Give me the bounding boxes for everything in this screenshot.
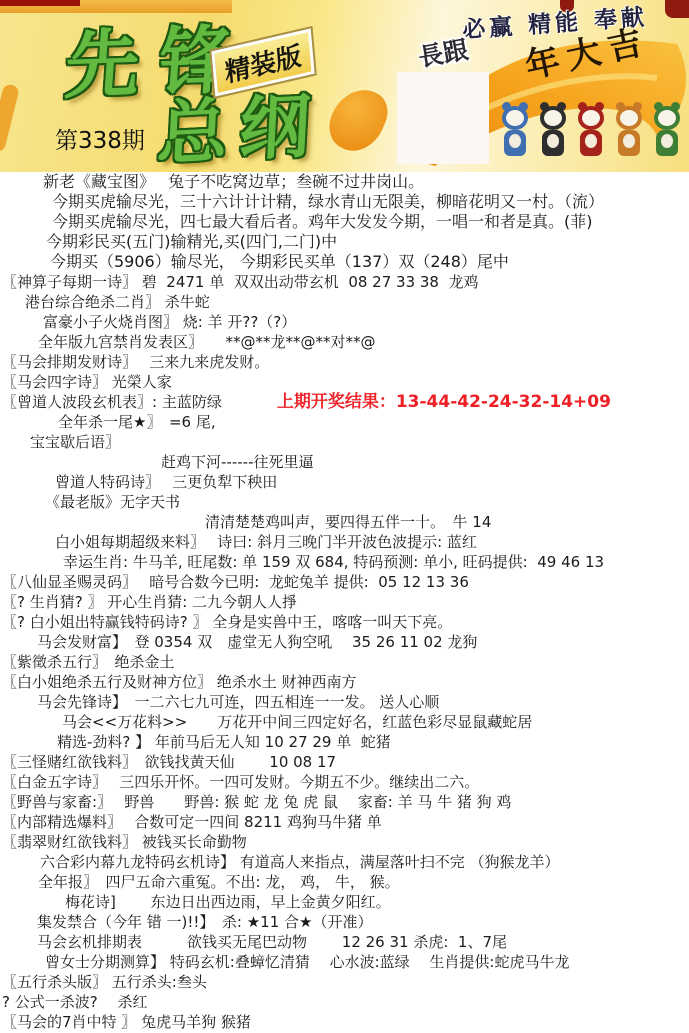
text-line-content: 今期买虎输尽光，四七最大看后者。鸡年大发发今期，一唱一和者是真。(菲): [52, 212, 593, 231]
text-line-content: 〖神算子每期一诗〗 碧 2471 单 双双出动带玄机 08 27 33 38 龙…: [2, 273, 479, 291]
text-line-content: 曾女士分期测算】 特码玄机:叠蟑忆清猜 心水波:蓝绿 生肖提供:蛇虎马牛龙: [45, 953, 569, 971]
text-line-8: 富豪小子火烧肖图〗 烧: 羊 开??（?）: [0, 312, 689, 332]
text-line-content: 曾道人特码诗〗 三更负犁下秧田: [55, 473, 277, 491]
masthead: 先锋 总纲 精装版 第338期 必赢 精能 奉献 長跟 年大吉: [0, 0, 689, 172]
text-line-content: 〖三怪赌红欲钱料〗 欲钱找黄天仙 10 08 17: [2, 753, 336, 771]
text-line-4: 今期彩民买(五门)输精光,买(四门,二门)中: [0, 232, 689, 252]
last-draw-result: 上期开奖结果：13-44-42-24-32-14+09: [222, 392, 611, 412]
text-line-9: 全年版九宫禁肖发表区〗 **@**龙**@**对**@: [0, 332, 689, 352]
text-line-10: 〖马会排期发财诗〗 三来九来虎发财。: [0, 352, 689, 372]
text-line-content: 〖白小姐绝杀五行及财神方位〗 绝杀水土 财神西南方: [2, 673, 357, 691]
text-line-32: 〖野兽与家畜:〗 野兽 野兽: 猴 蛇 龙 兔 虎 鼠 家畜: 羊 马 牛 猪 …: [0, 792, 689, 812]
fuwa-green-mascot-icon: [650, 100, 684, 162]
text-line-content: 赶鸡下河------往死里逼: [161, 453, 313, 471]
text-line-31: 〖白金五字诗〗 三四乐开怀。一四可发财。今期五不少。继续出二六。: [0, 772, 689, 792]
text-line-content: 〖马会排期发财诗〗 三来九来虎发财。: [2, 353, 269, 371]
text-line-28: 马会<<万花料>> 万花开中间三四定好名，红蓝色彩尽显鼠藏蛇居: [0, 712, 689, 732]
text-line-content: 今期买（5906）输尽光， 今期彩民买单（137）双（248）尾中: [50, 252, 509, 271]
text-line-37: 梅花诗] 东边日出西边雨，早上金黄夕阳红。: [0, 892, 689, 912]
text-line-35: 六合彩内幕九龙特码玄机诗】 有道高人来指点，满屋落叶扫不完 （狗猴龙羊）: [0, 852, 689, 872]
text-line-content: 全年报〗 四尸五命六重冤。不出: 龙， 鸡， 牛， 猴。: [38, 873, 400, 891]
mascot-belly: [585, 134, 597, 148]
text-line-content: ? 公式一杀波? 杀红: [2, 993, 147, 1011]
text-line-content: 今期买虎输尽光，三十六计计计精，绿水青山无限美，柳暗花明又一村。（流）: [52, 192, 604, 211]
issue-number: 第338期: [55, 122, 145, 155]
mascot-belly: [661, 134, 673, 148]
text-line-content: 马会玄机排期表 欲钱买无尾巴动物 12 26 31 杀虎: 1、7尾: [37, 933, 507, 951]
mascot-belly: [623, 134, 635, 148]
text-line-17: 《最老版》无字天书: [0, 492, 689, 512]
orange-edge-blob: [0, 83, 20, 153]
text-line-29: 精选-劲料? 】 年前马后无人知 10 27 29 单 蛇猪: [0, 732, 689, 752]
text-line-content: 全年版九宫禁肖发表区〗 **@**龙**@**对**@: [38, 333, 376, 351]
text-line-5: 今期买（5906）输尽光， 今期彩民买单（137）双（248）尾中: [0, 252, 689, 272]
text-line-24: 马会发财富】 登 0354 双 虚堂无人狗空吼 35 26 11 02 龙狗: [0, 632, 689, 652]
fuwa-orange-mascot-icon: [612, 100, 646, 162]
text-line-content: 富豪小子火烧肖图〗 烧: 羊 开??（?）: [43, 313, 296, 331]
mascot-head: [540, 106, 566, 130]
blank-patch: [397, 72, 489, 164]
text-line-content: 全年杀一尾★〗 =6 尾,: [58, 413, 216, 431]
text-line-content: 集发禁合（今年 错 一)!!】 杀: ★11 合★（开准）: [37, 913, 373, 931]
text-line-43: 〖马会的7肖中特 〗 兔虎马羊狗 猴猪: [0, 1012, 689, 1032]
text-line-content: 〖紫徵杀五行〗 绝杀金土: [2, 653, 175, 671]
text-line-content: 〖五行杀头版〗 五行杀头:叁头: [2, 973, 207, 991]
text-line-19: 白小姐每期超级来料〗 诗曰: 斜月三晚门半开波色波提示: 蓝红: [0, 532, 689, 552]
mascot-head: [502, 106, 528, 130]
text-line-content: 〖马会的7肖中特 〗 兔虎马羊狗 猴猪: [2, 1013, 251, 1031]
text-line-36: 全年报〗 四尸五命六重冤。不出: 龙， 鸡， 牛， 猴。: [0, 872, 689, 892]
text-line-3: 今期买虎输尽光，四七最大看后者。鸡年大发发今期，一唱一和者是真。(菲): [0, 212, 689, 232]
text-line-content: 新老《藏宝图》 兔子不吃窝边草；叁碗不过井岗山。: [43, 172, 424, 191]
text-line-2: 今期买虎输尽光，三十六计计计精，绿水青山无限美，柳暗花明又一村。（流）: [0, 192, 689, 212]
text-line-content: 〖野兽与家畜:〗 野兽 野兽: 猴 蛇 龙 兔 虎 鼠 家畜: 羊 马 牛 猪 …: [2, 793, 511, 811]
text-line-content: 马会先锋诗】 一二六七九可连，四五相连一一发。 送人心顺: [37, 693, 439, 711]
text-line-11: 〖马会四字诗〗 光榮人家: [0, 372, 689, 392]
text-line-15: 赶鸡下河------往死里逼: [0, 452, 689, 472]
text-line-12: 〖曾道人波段玄机表〗: 主蓝防绿上期开奖结果：13-44-42-24-32-14…: [0, 392, 689, 412]
text-line-7: 港台综合绝杀二肖〗 杀牛蛇: [0, 292, 689, 312]
text-line-30: 〖三怪赌红欲钱料〗 欲钱找黄天仙 10 08 17: [0, 752, 689, 772]
text-line-6: 〖神算子每期一诗〗 碧 2471 单 双双出动带玄机 08 27 33 38 龙…: [0, 272, 689, 292]
text-line-23: 〖? 白小姐出特赢钱特码诗? 〗 全身是实兽中王，喀喀一叫天下亮。: [0, 612, 689, 632]
text-line-38: 集发禁合（今年 错 一)!!】 杀: ★11 合★（开准）: [0, 912, 689, 932]
text-line-42: ? 公式一杀波? 杀红: [0, 992, 689, 1012]
mascot-belly: [547, 134, 559, 148]
text-line-content: 今期彩民买(五门)输精光,买(四门,二门)中: [46, 232, 337, 251]
mascot-head: [654, 106, 680, 130]
text-line-content: 幸运生肖: 牛马羊, 旺尾数: 单 159 双 684, 特码预测: 单小, 旺…: [63, 553, 604, 571]
top-red-bar: [0, 0, 80, 6]
orange-comma-blob: [321, 80, 395, 160]
text-line-content: 清清楚楚鸡叫声，要四得五伴一十。 牛 14: [205, 513, 491, 531]
text-line-25: 〖紫徵杀五行〗 绝杀金土: [0, 652, 689, 672]
mascot-head: [616, 106, 642, 130]
text-line-content: 《最老版》无字天书: [45, 493, 180, 511]
text-line-1: 新老《藏宝图》 兔子不吃窝边草；叁碗不过井岗山。: [0, 172, 689, 192]
text-line-content: 〖? 白小姐出特赢钱特码诗? 〗 全身是实兽中王，喀喀一叫天下亮。: [2, 613, 452, 631]
text-line-20: 幸运生肖: 牛马羊, 旺尾数: 单 159 双 684, 特码预测: 单小, 旺…: [0, 552, 689, 572]
corner-red-mark: [665, 0, 689, 18]
text-line-40: 曾女士分期测算】 特码玄机:叠蟑忆清猜 心水波:蓝绿 生肖提供:蛇虎马牛龙: [0, 952, 689, 972]
text-line-21: 〖八仙显圣赐灵码〗 暗号合数今已明: 龙蛇兔羊 提供: 05 12 13 36: [0, 572, 689, 592]
text-line-14: 宝宝歇后语〗: [0, 432, 689, 452]
text-line-41: 〖五行杀头版〗 五行杀头:叁头: [0, 972, 689, 992]
fuwa-panda-mascot-icon: [536, 100, 570, 162]
text-line-39: 马会玄机排期表 欲钱买无尾巴动物 12 26 31 杀虎: 1、7尾: [0, 932, 689, 952]
text-line-content: 港台综合绝杀二肖〗 杀牛蛇: [25, 293, 210, 311]
text-line-content: 马会<<万花料>> 万花开中间三四定好名，红蓝色彩尽显鼠藏蛇居: [62, 713, 532, 731]
text-line-content: 白小姐每期超级来料〗 诗曰: 斜月三晚门半开波色波提示: 蓝红: [55, 533, 477, 551]
text-line-content: 梅花诗] 东边日出西边雨，早上金黄夕阳红。: [65, 893, 391, 911]
text-line-16: 曾道人特码诗〗 三更负犁下秧田: [0, 472, 689, 492]
text-line-33: 〖内部精选爆料〗 合数可定一四间 8211 鸡狗马牛猪 单: [0, 812, 689, 832]
text-line-content: 〖? 生肖猜? 〗 开心生肖猜: 二九今朝人人掙: [2, 593, 297, 611]
text-line-content: 〖白金五字诗〗 三四乐开怀。一四可发财。今期五不少。继续出二六。: [2, 773, 479, 791]
text-line-26: 〖白小姐绝杀五行及财神方位〗 绝杀水土 财神西南方: [0, 672, 689, 692]
text-line-content: 六合彩内幕九龙特码玄机诗】 有道高人来指点，满屋落叶扫不完 （狗猴龙羊）: [40, 853, 560, 871]
fuwa-blue-mascot-icon: [498, 100, 532, 162]
text-line-27: 马会先锋诗】 一二六七九可连，四五相连一一发。 送人心顺: [0, 692, 689, 712]
text-line-18: 清清楚楚鸡叫声，要四得五伴一十。 牛 14: [0, 512, 689, 532]
mascot-head: [578, 106, 604, 130]
text-line-content: 〖翡翠财红欲钱料〗 被钱买长命勤物: [2, 833, 247, 851]
text-line-content: 精选-劲料? 】 年前马后无人知 10 27 29 单 蛇猪: [57, 733, 391, 751]
fuwa-flame-mascot-icon: [574, 100, 608, 162]
tips-text-block: 新老《藏宝图》 兔子不吃窝边草；叁碗不过井岗山。今期买虎输尽光，三十六计计计精，…: [0, 172, 689, 1032]
text-line-content: 宝宝歇后语〗: [30, 433, 120, 451]
text-line-13: 全年杀一尾★〗 =6 尾,: [0, 412, 689, 432]
text-line-22: 〖? 生肖猜? 〗 开心生肖猜: 二九今朝人人掙: [0, 592, 689, 612]
mascot-row: [498, 100, 684, 162]
text-line-content: 〖马会四字诗〗 光榮人家: [2, 373, 172, 391]
text-line-content: 马会发财富】 登 0354 双 虚堂无人狗空吼 35 26 11 02 龙狗: [37, 633, 477, 651]
text-line-content: 〖八仙显圣赐灵码〗 暗号合数今已明: 龙蛇兔羊 提供: 05 12 13 36: [2, 573, 469, 591]
text-line-content: 〖曾道人波段玄机表〗: 主蓝防绿: [2, 393, 222, 411]
mascot-belly: [509, 134, 521, 148]
text-line-content: 〖内部精选爆料〗 合数可定一四间 8211 鸡狗马牛猪 单: [2, 813, 382, 831]
text-line-34: 〖翡翠财红欲钱料〗 被钱买长命勤物: [0, 832, 689, 852]
